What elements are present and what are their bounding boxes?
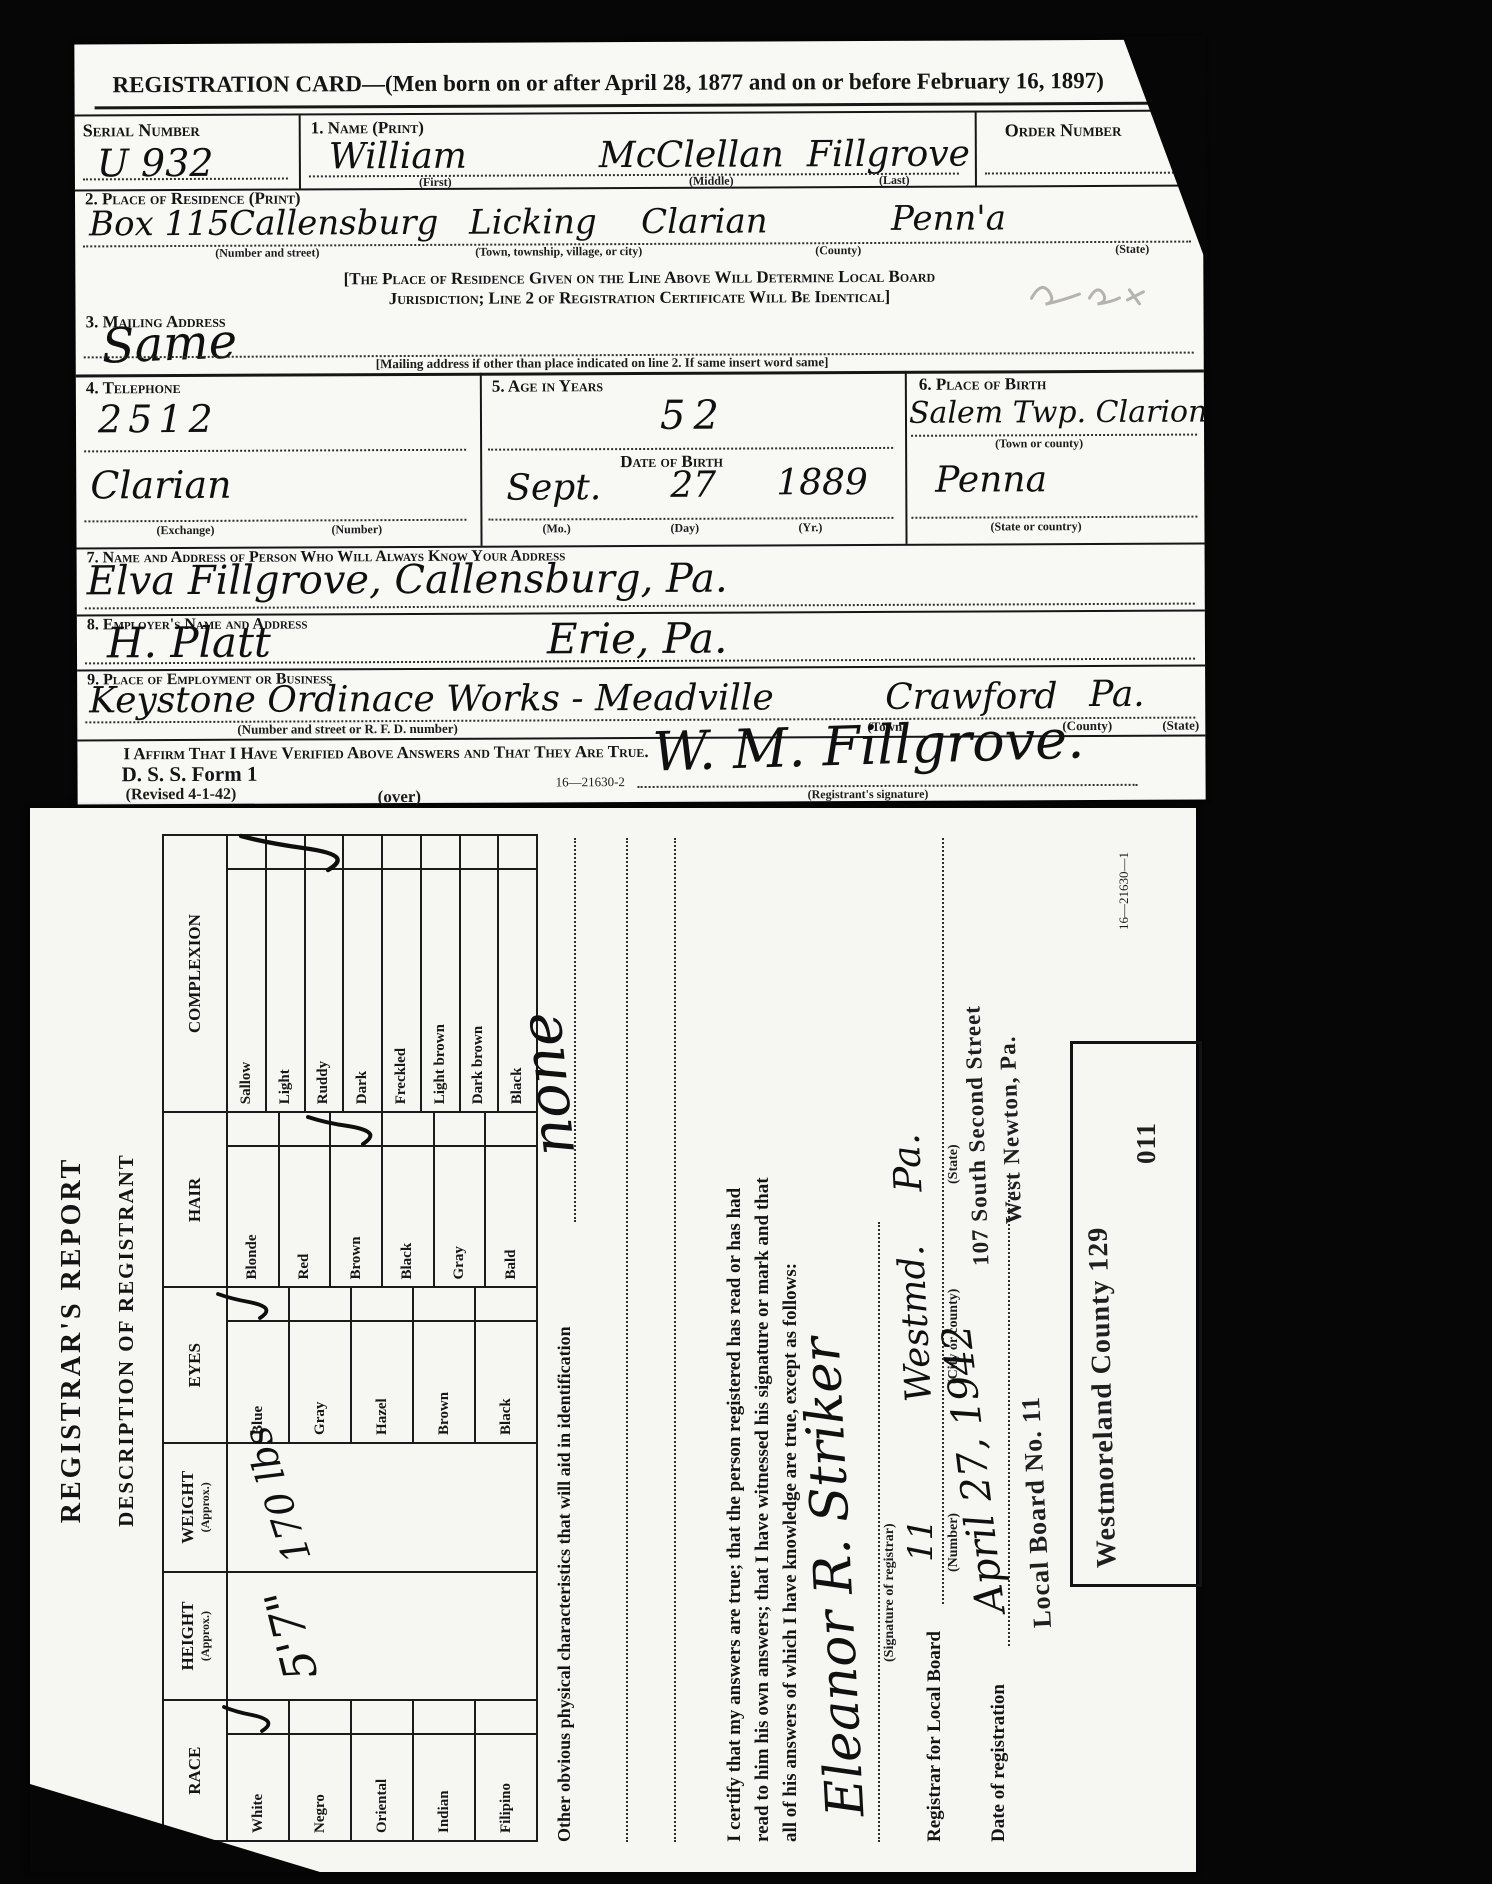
- registrar-line: [942, 838, 944, 1604]
- hair-option-gray: Gray: [433, 1113, 485, 1286]
- checkmark-icon: [214, 1293, 270, 1323]
- residence-county-value: Clarian: [641, 204, 768, 239]
- employment-place-value: Keystone Ordinace Works - Meadville: [89, 680, 774, 719]
- registrar-city-value: Westmd.: [894, 1244, 938, 1403]
- birthplace-town-value: Salem Twp. Clarion: [909, 398, 1208, 429]
- mailing-value: Same: [101, 317, 238, 370]
- eyes-column: EYES Blue Gray Hazel Brown Black: [164, 1289, 536, 1444]
- complexion-option-light-brown: Light brown: [420, 836, 459, 1111]
- registrar-signature-line: [878, 1222, 880, 1842]
- residence-township-value: Licking: [469, 205, 597, 240]
- residence-state-value: Penn'a: [891, 201, 1006, 236]
- hair-header: HAIR: [164, 1113, 228, 1286]
- hair-option-brown: Brown: [329, 1113, 381, 1286]
- row-serial-name-order: Serial Number U 932 1. Name (Print) Will…: [75, 110, 1203, 192]
- employer-name-value: H. Platt: [107, 622, 271, 665]
- eyes-option-black: Black: [474, 1289, 536, 1442]
- stamp-city: West Newton, Pa.: [995, 1035, 1028, 1224]
- registrar-label: Registrar for Local Board: [924, 1631, 946, 1842]
- description-table: RACE White Negro Oriental Indian Filipin…: [162, 834, 538, 1842]
- complexion-ruddy-checkbox: [306, 836, 343, 870]
- telephone-caption-number: (Number): [331, 522, 382, 537]
- complexion-option-dark-brown: Dark brown: [459, 836, 498, 1111]
- name-cell: 1. Name (Print) William McClellan Fillgr…: [299, 113, 977, 189]
- registrar-signature-value: Eleanor R. Striker: [795, 1336, 872, 1818]
- complexion-option-ruddy: Ruddy: [304, 836, 343, 1111]
- weight-header: WEIGHT (Approx.): [164, 1444, 228, 1571]
- race-white-checkbox: [228, 1701, 288, 1735]
- weight-value-area: 170 lbs: [228, 1444, 536, 1571]
- eyes-option-hazel: Hazel: [350, 1289, 412, 1442]
- stamp-code-line: 011: [1131, 1122, 1162, 1164]
- employment-state-value: Pa.: [1089, 677, 1145, 713]
- residence-caption-county: (County): [815, 243, 861, 258]
- checkmark-icon: [220, 1705, 272, 1735]
- race-option-indian: Indian: [412, 1701, 474, 1840]
- height-column: HEIGHT (Approx.) 5'7": [164, 1573, 536, 1702]
- eyes-option-brown: Brown: [412, 1289, 474, 1442]
- telephone-label: 4. Telephone: [86, 378, 181, 398]
- registrar-signature-caption: (Signature of registrar): [882, 1523, 898, 1662]
- other-characteristics-value: none: [511, 1009, 584, 1158]
- complexion-option-light: Light: [265, 836, 304, 1111]
- back-print-code: 16—21630—1: [1116, 852, 1132, 930]
- complexion-column: COMPLEXION Sallow Light Ruddy Dark Freck…: [164, 836, 536, 1113]
- serial-number-value: U 932: [97, 144, 214, 183]
- certify-line2: read to him his own answers; that I have…: [752, 1177, 774, 1842]
- telephone-line1: [84, 449, 466, 453]
- dob-year-value: 1889: [776, 465, 868, 501]
- form-id: D. S. S. Form 1: [121, 762, 257, 788]
- eyes-option-gray: Gray: [288, 1289, 350, 1442]
- checkmark-icon: [234, 832, 344, 876]
- stamp-street: 107 South Second Street: [959, 1005, 994, 1267]
- dob-month-value: Sept.: [506, 470, 601, 506]
- employment-caption-street: (Number and street or R. F. D. number): [237, 721, 458, 738]
- residence-town-value: Callensburg: [229, 206, 438, 241]
- employer-address-value: Erie, Pa.: [547, 618, 728, 661]
- over-note: (over): [378, 787, 422, 807]
- stamp-county-line: Westmoreland County 129: [1083, 1226, 1124, 1568]
- serial-number-label: Serial Number: [83, 120, 200, 142]
- complexion-option-sallow: Sallow: [228, 836, 265, 1111]
- contact-value: Elva Fillgrove, Callensburg, Pa.: [87, 559, 728, 602]
- registrant-signature-caption: (Registrant's signature): [808, 787, 929, 803]
- order-number-label: Order Number: [1005, 120, 1122, 142]
- mailing-row: 3. Mailing Address Same [Mailing address…: [76, 308, 1204, 378]
- title-rule: [95, 102, 1185, 110]
- birthplace-state-value: Penna: [935, 462, 1047, 498]
- front-title: REGISTRATION CARD—(Men born on or after …: [112, 68, 1182, 99]
- employer-row: 8. Employer's Name and Address H. Platt …: [77, 610, 1205, 672]
- hair-option-blonde: Blonde: [228, 1113, 278, 1286]
- eyes-blue-checkbox: [228, 1289, 288, 1323]
- other-characteristics-line2: [674, 838, 676, 1842]
- form-revision: (Revised 4-1-42): [126, 786, 237, 804]
- hair-column: HAIR Blonde Red Brown Black Gray Bald: [164, 1113, 536, 1288]
- back-subtitle: DESCRIPTION OF REGISTRANT: [114, 808, 139, 1872]
- other-characteristics-line1: [626, 838, 628, 1842]
- phone-age-birth-row: 4. Telephone 2512 Clarian (Exchange) (Nu…: [76, 370, 1205, 550]
- race-option-filipino: Filipino: [474, 1701, 536, 1840]
- date-label: Date of registration: [988, 1684, 1010, 1842]
- pencil-scribble: [1025, 268, 1165, 313]
- age-line: [488, 447, 893, 451]
- height-value: 5'7": [258, 1585, 325, 1686]
- name-last-value: Fillgrove: [807, 137, 970, 174]
- other-characteristics-label: Other obvious physical characteristics t…: [554, 1326, 575, 1842]
- name-first-value: William: [329, 139, 467, 176]
- age-cell: 5. Age in Years 52 Date of Birth Sept. 2…: [480, 371, 908, 546]
- employment-caption-state: (State): [1162, 718, 1199, 734]
- telephone-caption-exchange: (Exchange): [156, 523, 214, 538]
- state-caption: (State): [946, 1144, 962, 1184]
- order-line: [985, 172, 1190, 175]
- dob-caption-month: (Mo.): [542, 521, 570, 536]
- race-option-oriental: Oriental: [350, 1701, 412, 1840]
- residence-street-value: Box 115: [89, 207, 229, 242]
- name-middle-value: McClellan: [599, 137, 784, 174]
- dob-caption-year: (Yr.): [798, 520, 822, 535]
- residence-row: 2. Place of Residence (Print) Box 115 Ca…: [75, 183, 1203, 271]
- hair-option-black: Black: [381, 1113, 433, 1286]
- race-header: RACE: [164, 1701, 228, 1840]
- registrant-signature-value: W. M. Fillgrove.: [652, 712, 1085, 779]
- residence-caption-state: (State): [1115, 242, 1149, 257]
- registrars-report: REGISTRAR'S REPORT DESCRIPTION OF REGIST…: [30, 808, 1196, 1872]
- complexion-option-dark: Dark: [342, 836, 381, 1111]
- residence-caption-street: (Number and street): [215, 245, 319, 260]
- residence-caption-town: (Town, township, village, or city): [475, 244, 642, 260]
- eyes-option-blue: Blue: [228, 1289, 288, 1442]
- complexion-header: COMPLEXION: [164, 836, 228, 1111]
- height-value-area: 5'7": [228, 1573, 536, 1700]
- back-title: REGISTRAR'S REPORT: [56, 808, 88, 1872]
- local-board-stamp-box: Westmoreland County 129 011: [1070, 1041, 1202, 1587]
- race-option-white: White: [228, 1701, 288, 1840]
- telephone-line2: [84, 519, 466, 523]
- birthplace-label: 6. Place of Birth: [919, 374, 1047, 395]
- certify-line1: I certify that my answers are true; that…: [724, 1188, 746, 1842]
- dob-day-value: 27: [670, 468, 716, 504]
- height-header: HEIGHT (Approx.): [164, 1573, 228, 1700]
- age-value: 52: [660, 396, 727, 436]
- weight-column: WEIGHT (Approx.) 170 lbs: [164, 1444, 536, 1573]
- weight-value: 170 lbs: [237, 1422, 317, 1567]
- telephone-number-value: 2512: [98, 400, 219, 439]
- registrar-state-value: Pa.: [886, 1132, 927, 1193]
- front-print-code: 16—21630-2: [556, 774, 625, 790]
- registration-card-back: REGISTRAR'S REPORT DESCRIPTION OF REGIST…: [30, 808, 1196, 1872]
- birthplace-cell: 6. Place of Birth Salem Twp. Clarion (To…: [905, 370, 1205, 544]
- serial-number-cell: Serial Number U 932: [75, 115, 301, 189]
- telephone-cell: 4. Telephone 2512 Clarian (Exchange) (Nu…: [76, 373, 483, 548]
- telephone-exchange-value: Clarian: [90, 466, 232, 505]
- mailing-caption: [Mailing address if other than place ind…: [376, 354, 829, 372]
- race-column: RACE White Negro Oriental Indian Filipin…: [164, 1701, 536, 1840]
- race-option-negro: Negro: [288, 1701, 350, 1840]
- checkmark-icon: [303, 1115, 375, 1149]
- registration-card-front: REGISTRATION CARD—(Men born on or after …: [74, 40, 1205, 805]
- stamp-local-board: Local Board No. 11: [1016, 1396, 1058, 1629]
- birthplace-town-caption: (Town or county): [995, 436, 1083, 451]
- contact-row: 7. Name and Address of Person Who Will A…: [77, 543, 1205, 617]
- birthplace-state-caption: (State or country): [990, 519, 1081, 534]
- board-number-value: 11: [904, 1519, 938, 1562]
- dob-caption-day: (Day): [670, 521, 699, 536]
- age-label: 5. Age in Years: [492, 376, 603, 396]
- complexion-option-freckled: Freckled: [381, 836, 420, 1111]
- hair-brown-checkbox: [331, 1113, 381, 1147]
- affirmation-text: I Affirm That I Have Verified Above Answ…: [123, 742, 648, 764]
